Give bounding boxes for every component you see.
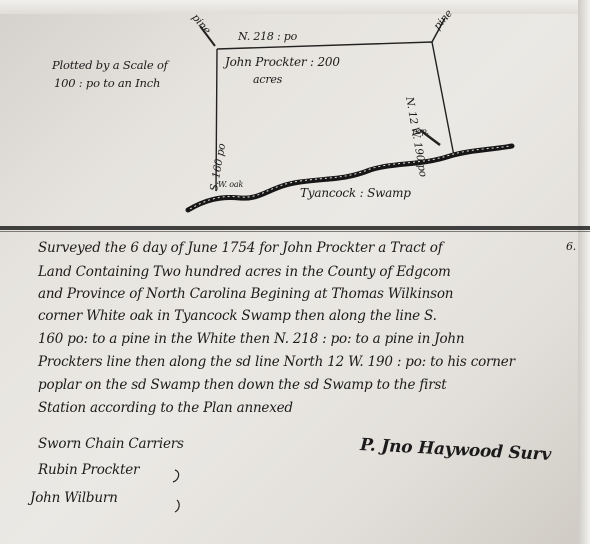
- sworn-brace: [165, 462, 205, 522]
- north-boundary-label: N. 218 : po: [238, 30, 297, 43]
- swamp-label: Tyancock : Swamp: [300, 186, 411, 200]
- survey-line-5: 160 po: to a pine in the White then N. 2…: [38, 331, 464, 347]
- margin-mark: 6.: [566, 240, 576, 253]
- surveyor-signature: P. Jno Haywood Surv: [360, 435, 552, 465]
- survey-document: Plotted by a Scale of 100 : po to an Inc…: [0, 0, 590, 544]
- corner-se-label: pop.: [412, 127, 429, 136]
- section-divider: [0, 226, 590, 230]
- plat-diagram: Plotted by a Scale of 100 : po to an Inc…: [0, 0, 590, 230]
- chain-carrier-name: Rubin Prockter: [38, 462, 139, 478]
- section-divider-thin: [0, 231, 590, 232]
- scale-note-line1: Plotted by a Scale of: [52, 58, 168, 72]
- survey-line-4: corner White oak in Tyancock Swamp then …: [38, 308, 437, 324]
- corner-sw-label: W. oak: [218, 180, 243, 189]
- chain-carriers-heading: Sworn Chain Carriers: [38, 436, 184, 452]
- survey-line-3: and Province of North Carolina Begining …: [38, 286, 453, 302]
- tract-owner-line1: John Prockter : 200: [225, 55, 340, 69]
- chain-carrier-name: John Wilburn: [30, 490, 118, 506]
- tract-owner-line2: acres: [253, 73, 282, 86]
- scale-note-line2: 100 : po to an Inch: [54, 76, 160, 90]
- survey-line-6: Prockters line then along the sd line No…: [38, 354, 515, 370]
- survey-line-7: poplar on the sd Swamp then down the sd …: [38, 377, 447, 393]
- survey-line-1: Surveyed the 6 day of June 1754 for John…: [38, 240, 443, 256]
- survey-line-8: Station according to the Plan annexed: [38, 400, 293, 416]
- survey-line-2: Land Containing Two hundred acres in the…: [38, 264, 451, 280]
